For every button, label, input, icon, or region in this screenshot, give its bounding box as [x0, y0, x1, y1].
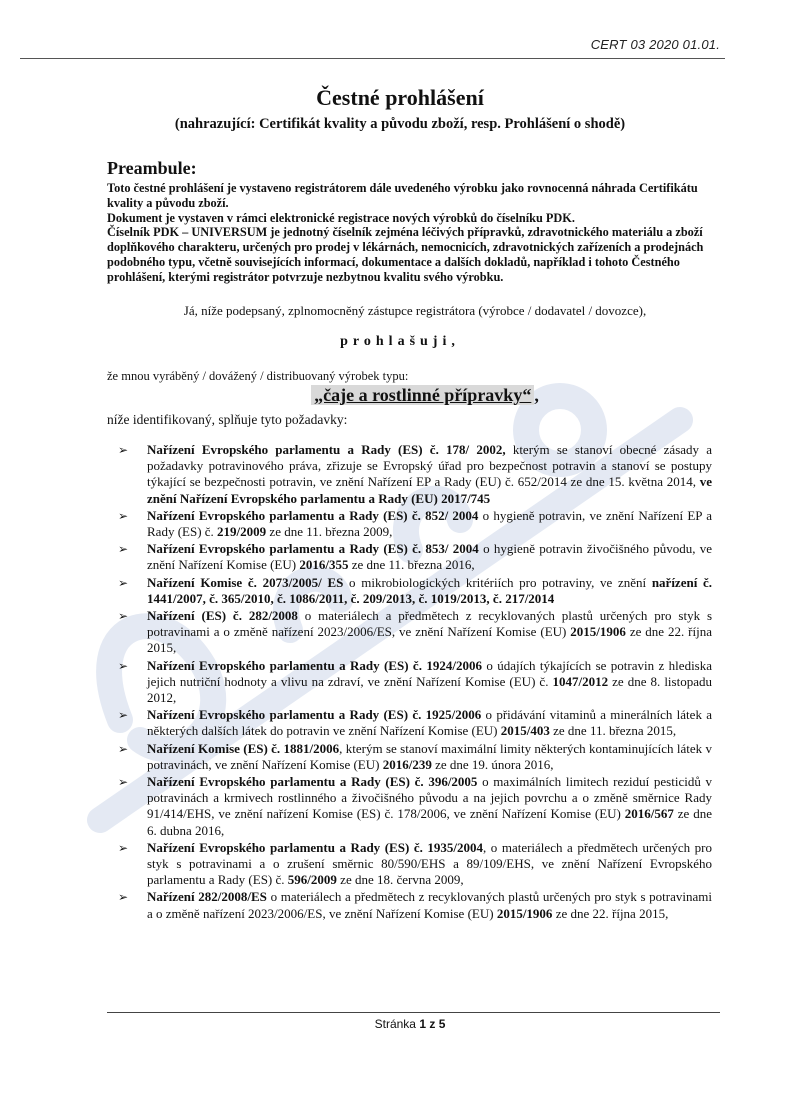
document-code: CERT 03 2020 01.01.: [591, 37, 720, 52]
preamble-paragraph: Toto čestné prohlášení je vystaveno regi…: [107, 181, 707, 211]
preamble-paragraph: Dokument je vystaven v rámci elektronick…: [107, 211, 707, 226]
arrow-bullet-icon: ➢: [118, 889, 128, 905]
declarant-statement: Já, níže podepsaný, zplnomocněný zástupc…: [0, 303, 800, 319]
arrow-bullet-icon: ➢: [118, 707, 128, 723]
requirement-item: ➢Nařízení Evropského parlamentu a Rady (…: [118, 658, 712, 707]
footer-divider: [107, 1012, 720, 1013]
requirement-item: ➢Nařízení 282/2008/ES o materiálech a př…: [118, 889, 712, 921]
arrow-bullet-icon: ➢: [118, 840, 128, 856]
arrow-bullet-icon: ➢: [118, 774, 128, 790]
document-subtitle: (nahrazující: Certifikát kvality a původ…: [0, 116, 800, 133]
arrow-bullet-icon: ➢: [118, 442, 128, 458]
requirement-item: ➢Nařízení Evropského parlamentu a Rady (…: [118, 707, 712, 739]
requirement-item: ➢Nařízení Evropského parlamentu a Rady (…: [118, 508, 712, 540]
requirement-item: ➢Nařízení Evropského parlamentu a Rady (…: [118, 541, 712, 573]
requirements-list: ➢Nařízení Evropského parlamentu a Rady (…: [118, 442, 712, 923]
requirement-item: ➢Nařízení Komise č. 2073/2005/ ES o mikr…: [118, 575, 712, 607]
arrow-bullet-icon: ➢: [118, 508, 128, 524]
arrow-bullet-icon: ➢: [118, 608, 128, 624]
preamble-heading: Preambule:: [107, 158, 197, 179]
requirement-item: ➢Nařízení Evropského parlamentu a Rady (…: [118, 774, 712, 839]
current-page: 1: [419, 1017, 426, 1031]
arrow-bullet-icon: ➢: [118, 541, 128, 557]
requirements-intro: níže identifikovaný, splňuje tyto požada…: [107, 412, 347, 428]
requirement-item: ➢Nařízení (ES) č. 282/2008 o materiálech…: [118, 608, 712, 657]
product-type-highlight: „čaje a rostlinné přípravky“: [311, 385, 534, 405]
arrow-bullet-icon: ➢: [118, 658, 128, 674]
product-type: „čaje a rostlinné přípravky“,: [0, 385, 800, 406]
preamble-paragraph: Číselník PDK – UNIVERSUM je jednotný čís…: [107, 225, 707, 284]
header-divider: [20, 58, 725, 59]
preamble-text: Toto čestné prohlášení je vystaveno regi…: [107, 181, 707, 285]
total-pages: 5: [439, 1017, 446, 1031]
document-title: Čestné prohlášení: [0, 85, 800, 111]
requirement-item: ➢Nařízení Komise (ES) č. 1881/2006, kter…: [118, 741, 712, 773]
arrow-bullet-icon: ➢: [118, 575, 128, 591]
requirement-item: ➢Nařízení Evropského parlamentu a Rady (…: [118, 840, 712, 889]
document-page: CERT 03 2020 01.01. Čestné prohlášení (n…: [0, 0, 800, 1100]
product-intro: že mnou vyráběný / dovážený / distribuov…: [107, 369, 408, 384]
arrow-bullet-icon: ➢: [118, 741, 128, 757]
requirement-item: ➢Nařízení Evropského parlamentu a Rady (…: [118, 442, 712, 507]
page-number: Stránka 1 z 5: [0, 1017, 800, 1031]
declaration-word: prohlašuji,: [0, 334, 800, 350]
